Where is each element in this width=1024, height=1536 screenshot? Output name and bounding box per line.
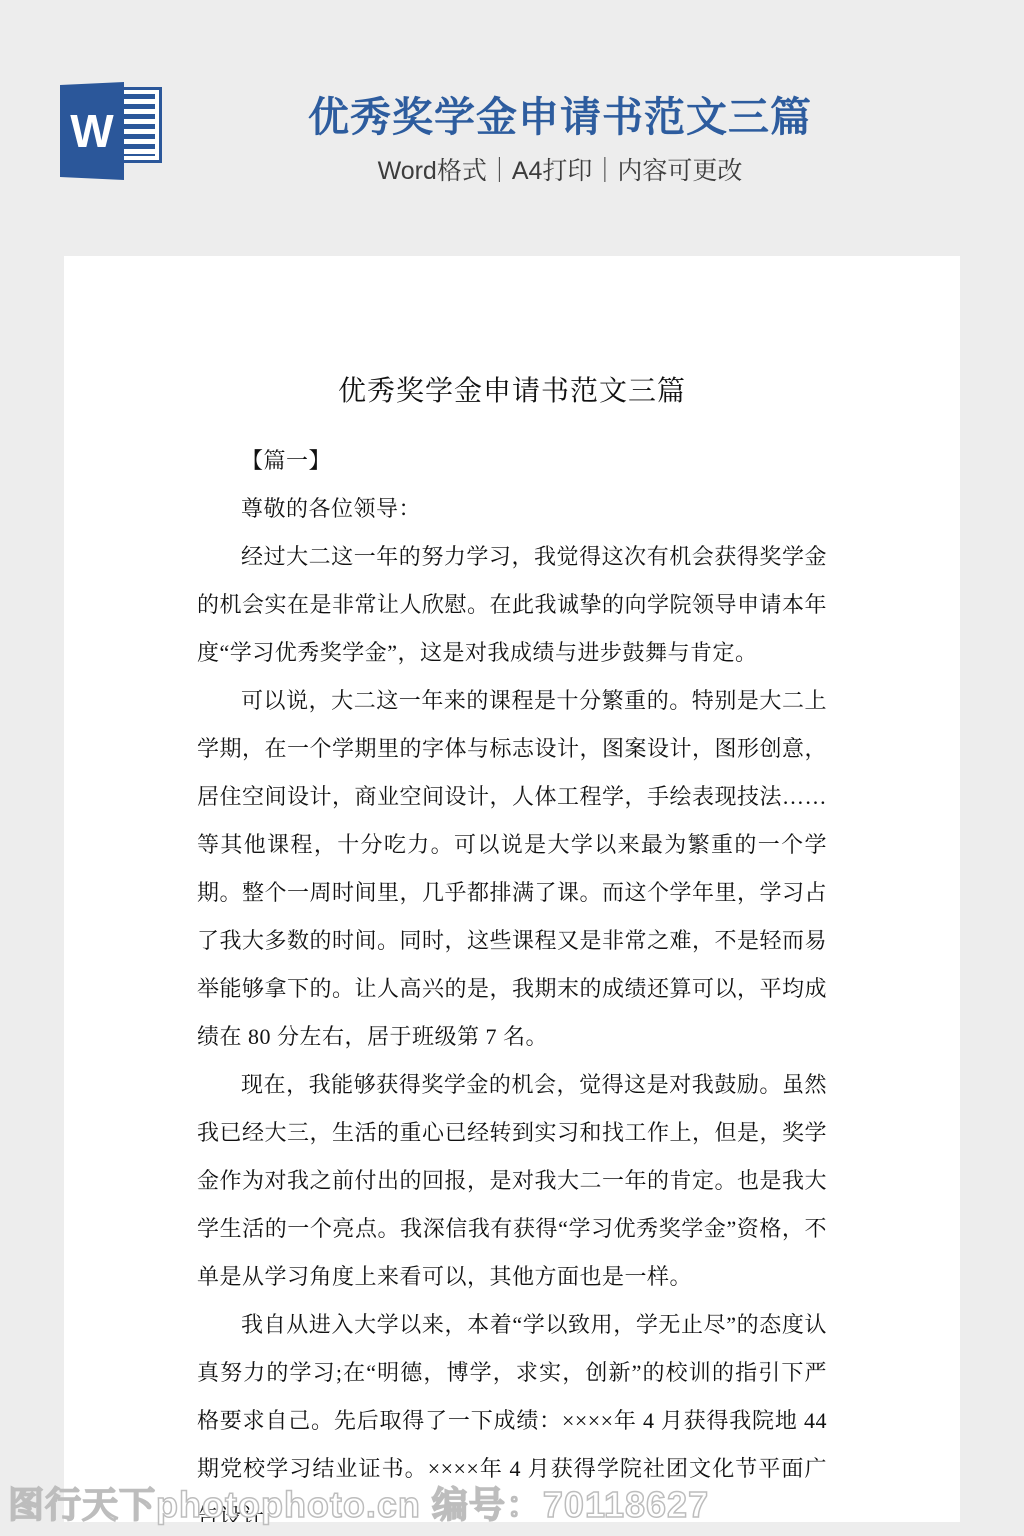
paragraph: 尊敬的各位领导： xyxy=(197,485,827,533)
document-page: 优秀奖学金申请书范文三篇 【篇一】尊敬的各位领导：经过大二这一年的努力学习，我觉… xyxy=(64,256,960,1522)
word-icon: W xyxy=(60,82,162,180)
paragraph: 经过大二这一年的努力学习，我觉得这次有机会获得奖学金的机会实在是非常让人欣慰。在… xyxy=(197,533,827,677)
document-title: 优秀奖学金申请书范文三篇 xyxy=(197,374,827,410)
header: W 优秀奖学金申请书范文三篇 Word格式｜A4打印｜内容可更改 xyxy=(0,0,1024,256)
word-icon-letter: W xyxy=(70,108,113,154)
paragraph: 【篇一】 xyxy=(197,437,827,485)
page-title: 优秀奖学金申请书范文三篇 xyxy=(180,92,940,142)
paragraph: 可以说，大二这一年来的课程是十分繁重的。特别是大二上学期，在一个学期里的字体与标… xyxy=(197,677,827,1061)
paragraph: 现在，我能够获得奖学金的机会，觉得这是对我鼓励。虽然我已经大三，生活的重心已经转… xyxy=(197,1061,827,1301)
header-text: 优秀奖学金申请书范文三篇 Word格式｜A4打印｜内容可更改 xyxy=(180,92,940,186)
document-body: 【篇一】尊敬的各位领导：经过大二这一年的努力学习，我觉得这次有机会获得奖学金的机… xyxy=(197,437,827,1522)
watermark: 图行天下photophoto.cn 编号：70118627 xyxy=(8,1484,709,1526)
header-subtitle: Word格式｜A4打印｜内容可更改 xyxy=(180,156,940,186)
word-icon-panel: W xyxy=(60,82,124,180)
